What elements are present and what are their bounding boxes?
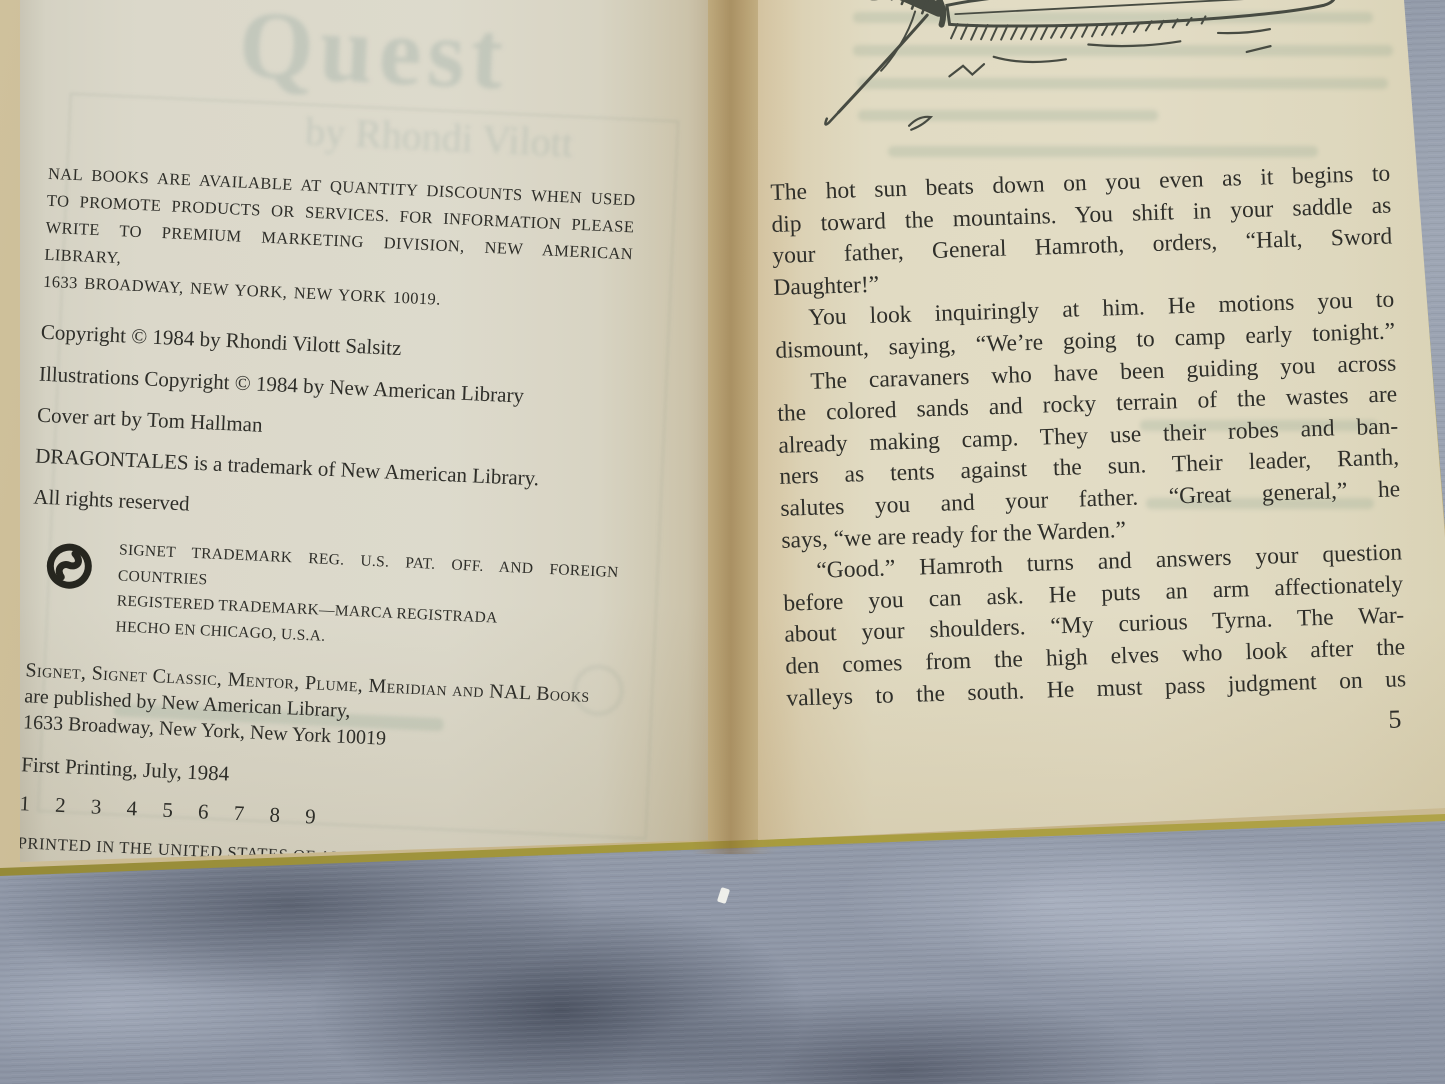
quantity-discount-notice: NAL BOOKS ARE AVAILABLE AT QUANTITY DISC… — [43, 160, 637, 322]
right-page-story: The hot sun beats down on you even as it… — [758, 0, 1445, 842]
illustrations-copyright-line: Illustrations Copyright © 1984 by New Am… — [38, 362, 627, 414]
story-paragraphs: The hot sun beats down on you even as it… — [770, 159, 1407, 715]
publisher-block: Signet, Signet Classic, Mentor, Plume, M… — [23, 657, 614, 762]
photo-of-open-paperback: Quest by Rhondi Vilott NAL BOOKS ARE AVA… — [0, 0, 1445, 1084]
copyright-line: Copyright © 1984 by Rhondi Vilott Salsit… — [40, 320, 629, 372]
left-page-copyright: Quest by Rhondi Vilott NAL BOOKS ARE AVA… — [20, 0, 708, 862]
signet-trademark-block: SIGNET TRADEMARK REG. U.S. PAT. OFF. AND… — [41, 534, 619, 662]
surface-speck — [717, 887, 730, 904]
all-rights-reserved: All rights reserved — [33, 485, 622, 537]
signet-trademark-lines: SIGNET TRADEMARK REG. U.S. PAT. OFF. AND… — [115, 537, 619, 662]
trademark-notice: DRAGONTALES is a trademark of New Americ… — [35, 444, 624, 496]
story-text-block: The hot sun beats down on you even as it… — [770, 159, 1408, 755]
cover-art-credit: Cover art by Tom Hallman — [37, 403, 626, 455]
sword-illustration — [786, 0, 1356, 147]
ghost-show-through-line — [888, 146, 1318, 157]
ghost-show-through-byline: by Rhondi Vilott — [304, 107, 574, 166]
ghost-show-through-title: Quest — [237, 0, 512, 112]
signet-logo-icon — [43, 540, 95, 592]
left-page-content: Quest by Rhondi Vilott NAL BOOKS ARE AVA… — [17, 0, 643, 880]
